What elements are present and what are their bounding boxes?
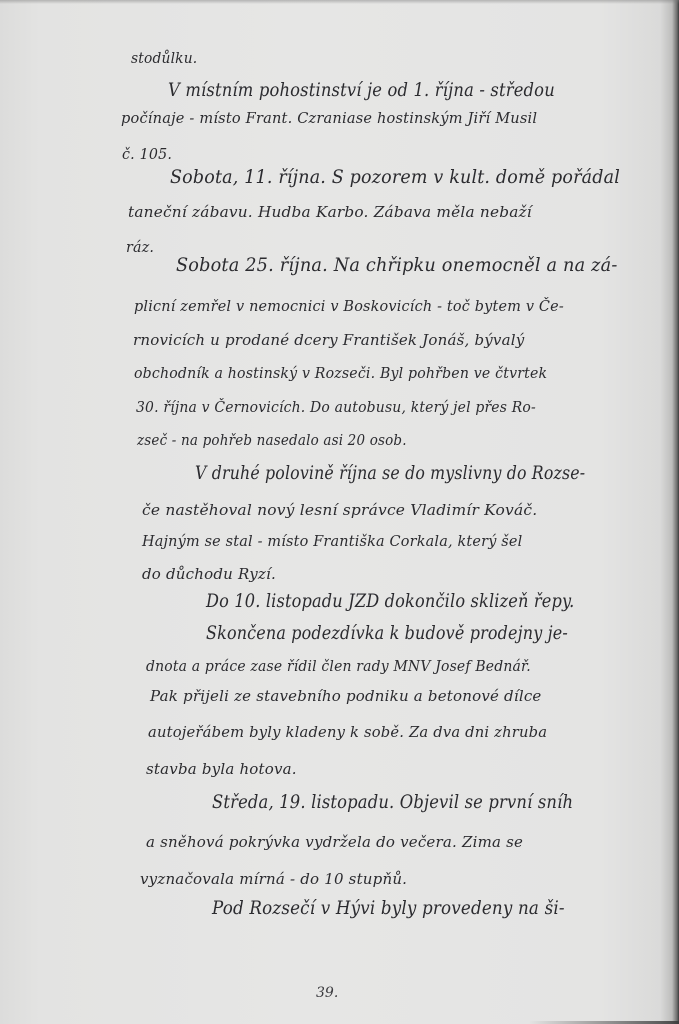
text-line: Skončena podezdívka k budově prodejny je…: [206, 622, 568, 644]
text-line: V místním pohostinství je od 1. října - …: [168, 79, 555, 101]
text-line: če nastěhoval nový lesní správce Vladimí…: [142, 501, 537, 519]
text-line: do důchodu Ryzí.: [142, 565, 276, 583]
text-line: ráz.: [126, 238, 154, 256]
text-line: a sněhová pokrývka vydržela do večera. Z…: [146, 833, 523, 851]
text-line: autojeřábem byly kladeny k sobě. Za dva …: [148, 723, 547, 741]
text-line: dnota a práce zase řídil člen rady MNV J…: [146, 657, 531, 675]
document-page: stodůlku. V místním pohostinství je od 1…: [0, 0, 679, 1024]
text-line: Hajným se stal - místo Františka Corkala…: [142, 532, 522, 550]
page-top-shadow: [0, 0, 679, 4]
text-line: Pod Rozsečí v Hývi byly provedeny na ši-: [212, 897, 565, 919]
text-line: Sobota 25. října. Na chřipku onemocněl a…: [176, 254, 618, 276]
page-number: 39.: [316, 985, 338, 1001]
text-line: plicní zemřel v nemocnici v Boskovicích …: [134, 297, 564, 315]
text-line: 30. října v Černovicích. Do autobusu, kt…: [136, 398, 536, 416]
text-line: obchodník a hostinský v Rozseči. Byl poh…: [134, 364, 547, 382]
text-line: stavba byla hotova.: [146, 760, 297, 778]
text-line: č. 105.: [122, 145, 172, 163]
text-line: Středa, 19. listopadu. Objevil se první …: [212, 791, 573, 813]
text-line: počínaje - místo Frant. Czraniase hostin…: [121, 109, 537, 127]
text-line: taneční zábavu. Hudba Karbo. Zábava měla…: [128, 203, 532, 221]
text-line: zseč - na pohřeb nasedalo asi 20 osob.: [137, 431, 407, 449]
text-line: Do 10. listopadu JZD dokončilo sklizeň ř…: [206, 590, 575, 612]
text-line: V druhé polovině října se do myslivny do…: [195, 462, 585, 484]
text-line: Sobota, 11. října. S pozorem v kult. dom…: [170, 166, 620, 188]
text-line: Pak přijeli ze stavebního podniku a beto…: [150, 687, 542, 705]
text-line: vyznačovala mírná - do 10 stupňů.: [140, 870, 407, 888]
text-line: stodůlku.: [131, 49, 197, 67]
text-line: rnovicích u prodané dcery František Joná…: [133, 331, 524, 349]
